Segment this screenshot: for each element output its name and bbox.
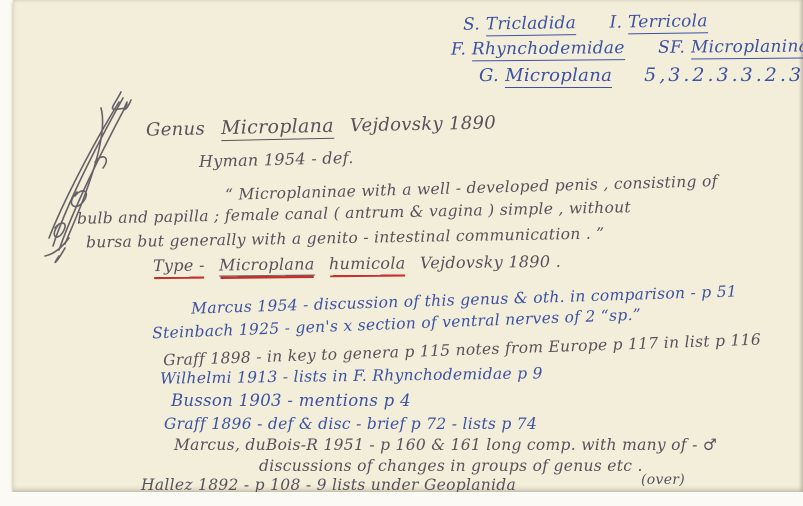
taxon-terricola: Terricola [628, 11, 708, 34]
header-genus-line: G. Microplana 5,3.2.3.3.2.3 [479, 64, 803, 86]
index-card: S. Tricladida I. Terricola F. Rhynchodem… [13, 0, 803, 492]
header-order-line: S. Tricladida I. Terricola [463, 11, 708, 34]
taxon-tricladida: Tricladida [486, 13, 577, 36]
reference-line: Wilhelmi 1913 - lists in F. Rhynchodemid… [160, 364, 543, 387]
rank-label-genus: G. [479, 65, 499, 86]
type-genus-underlined: Microplana [219, 254, 315, 276]
reference-line: Graff 1896 - def & disc - brief p 72 - l… [164, 415, 537, 433]
rank-label-suborder: S. [463, 14, 480, 34]
genus-authority: Vejdovsky 1890 [350, 112, 497, 136]
scanned-index-card: S. Tricladida I. Terricola F. Rhynchodem… [0, 0, 803, 506]
type-species-underlined: humicola [329, 253, 406, 275]
rank-label-infraorder: I. [609, 12, 622, 32]
definition-source: Hyman 1954 - def. [199, 148, 354, 171]
type-species-line: Type - Microplana humicola Vejdovsky 189… [153, 252, 561, 275]
over-note: (over) [641, 472, 685, 488]
genus-word: Genus [146, 118, 205, 140]
classification-code: 5,3.2.3.3.2.3 [644, 64, 803, 86]
genus-name-underlined: Microplana [221, 115, 334, 141]
scan-background-margin [0, 492, 803, 506]
reference-line: Busson 1903 - mentions p 4 [171, 391, 411, 410]
genus-title-line: Genus Microplana Vejdovsky 1890 [146, 111, 496, 140]
type-label: Type - [153, 256, 205, 278]
definition-quote-line2: bulb and papilla ; female canal ( antrum… [77, 198, 631, 228]
definition-quote-line1: “ Microplaninae with a well - developed … [225, 172, 718, 204]
type-authority: Vejdovsky 1890 . [420, 252, 561, 272]
header-family-line: F. Rhynchodemidae SF. Microplaninae [451, 36, 803, 59]
reference-line: Marcus, duBois-R 1951 - p 160 & 161 long… [174, 436, 717, 454]
taxon-rhynchodemidae: Rhynchodemidae [472, 38, 625, 61]
taxon-microplana: Microplana [505, 65, 612, 88]
definition-quote-line3: bursa but generally with a genito - inte… [86, 224, 605, 251]
taxon-microplaninae: Microplaninae [691, 36, 803, 59]
rank-label-family: F. [451, 39, 466, 59]
rank-label-subfamily: SF. [658, 38, 685, 58]
reference-line: discussions of changes in groups of genu… [259, 457, 643, 475]
